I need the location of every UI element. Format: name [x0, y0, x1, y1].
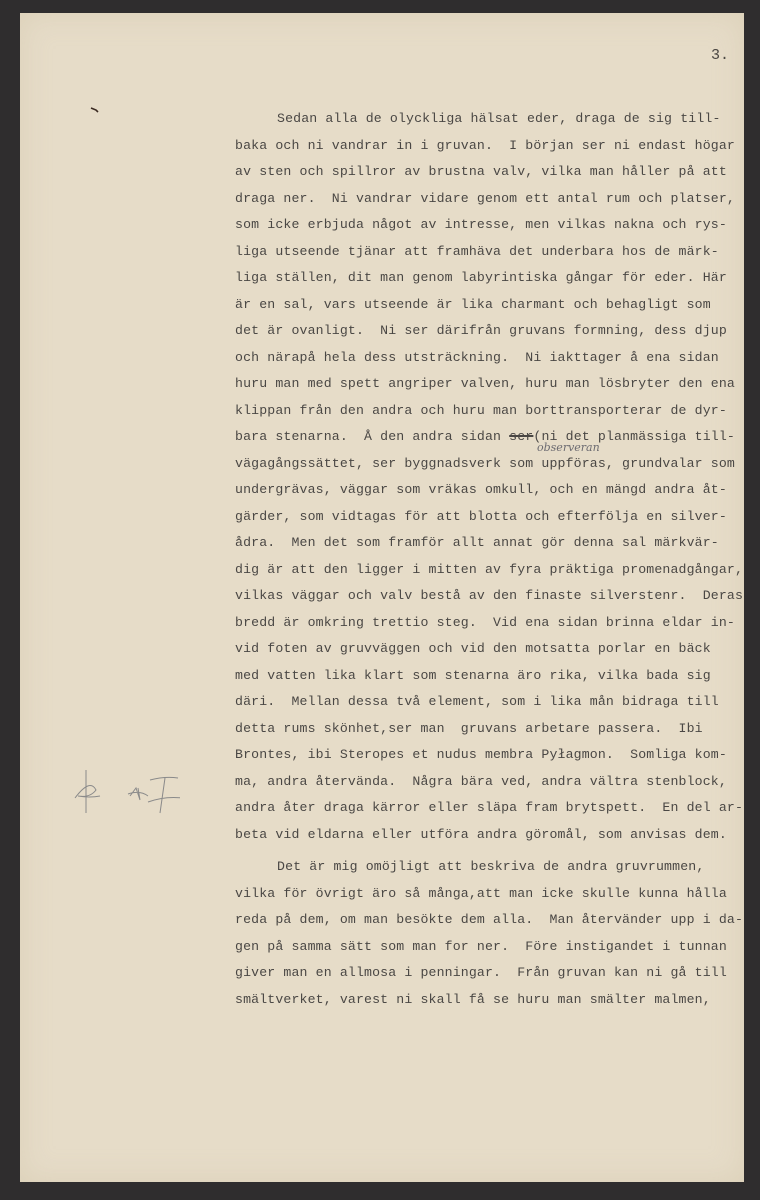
document-page: 3. observeran Sedan alla de olyckliga hä… — [20, 13, 744, 1182]
text-line: vid foten av gruvväggen och vid den mots… — [235, 641, 711, 656]
text-line: huru man med spett angriper valven, huru… — [235, 376, 735, 391]
text-line: reda på dem, om man besökte dem alla. Ma… — [235, 912, 743, 927]
text-line: ådra. Men det som framför allt annat gör… — [235, 535, 719, 550]
text-line: draga ner. Ni vandrar vidare genom ett a… — [235, 191, 735, 206]
text-line: gärder, som vidtagas för att blotta och … — [235, 509, 727, 524]
line-start: bara stenarna. Å den andra sidan — [235, 429, 509, 444]
line-rest: (ni det planmässiga till- — [533, 429, 735, 444]
text-line: smältverket, varest ni skall få se huru … — [235, 992, 711, 1007]
text-line: ma, andra återvända. Några bära ved, and… — [235, 774, 727, 789]
text-line: bredd är omkring trettio steg. Vid ena s… — [235, 615, 735, 630]
text-line: Sedan alla de olyckliga hälsat eder, dra… — [277, 111, 721, 126]
text-line: vilka för övrigt äro så många,att man ic… — [235, 886, 727, 901]
text-line: undergrävas, väggar som vräkas omkull, o… — [235, 482, 727, 497]
text-line: vilkas väggar och valv bestå av den fina… — [235, 588, 743, 603]
text-line: som icke erbjuda något av intresse, men … — [235, 217, 727, 232]
text-line: gen på samma sätt som man for ner. Före … — [235, 939, 727, 954]
text-line: detta rums skönhet,ser man gruvans arbet… — [235, 721, 703, 736]
text-line: däri. Mellan dessa två element, som i li… — [235, 694, 719, 709]
text-line: dig är att den ligger i mitten av fyra p… — [235, 562, 743, 577]
text-line: klippan från den andra och huru man bort… — [235, 403, 727, 418]
struck-word: ser — [509, 429, 533, 444]
text-line: baka och ni vandrar in i gruvan. I börja… — [235, 138, 735, 153]
text-line: andra åter draga kärror eller släpa fram… — [235, 800, 743, 815]
text-line: av sten och spillror av brustna valv, vi… — [235, 164, 727, 179]
text-line: och närapå hela dess utsträckning. Ni ia… — [235, 350, 719, 365]
text-line: med vatten lika klart som stenarna äro r… — [235, 668, 711, 683]
text-line-with-correction: bara stenarna. Å den andra sidan ser(ni … — [235, 429, 735, 444]
text-line: giver man en allmosa i penningar. Från g… — [235, 965, 727, 980]
margin-pencil-annotation — [70, 768, 180, 823]
page-number: 3. — [711, 47, 729, 64]
margin-tick-mark — [90, 107, 100, 113]
text-line: beta vid eldarna eller utföra andra göro… — [235, 827, 727, 842]
text-line: är en sal, vars utseende är lika charman… — [235, 297, 711, 312]
text-line: Det är mig omöjligt att beskriva de andr… — [277, 859, 704, 874]
text-line: vägagångssättet, ser byggnadsverk som up… — [235, 456, 735, 471]
text-line: liga utseende tjänar att framhäva det un… — [235, 244, 719, 259]
text-line: Brontes, ibi Steropes et nudus membra Py… — [235, 747, 727, 762]
text-line: det är ovanligt. Ni ser därifrån gruvans… — [235, 323, 727, 338]
text-line: liga ställen, dit man genom labyrintiska… — [235, 270, 727, 285]
